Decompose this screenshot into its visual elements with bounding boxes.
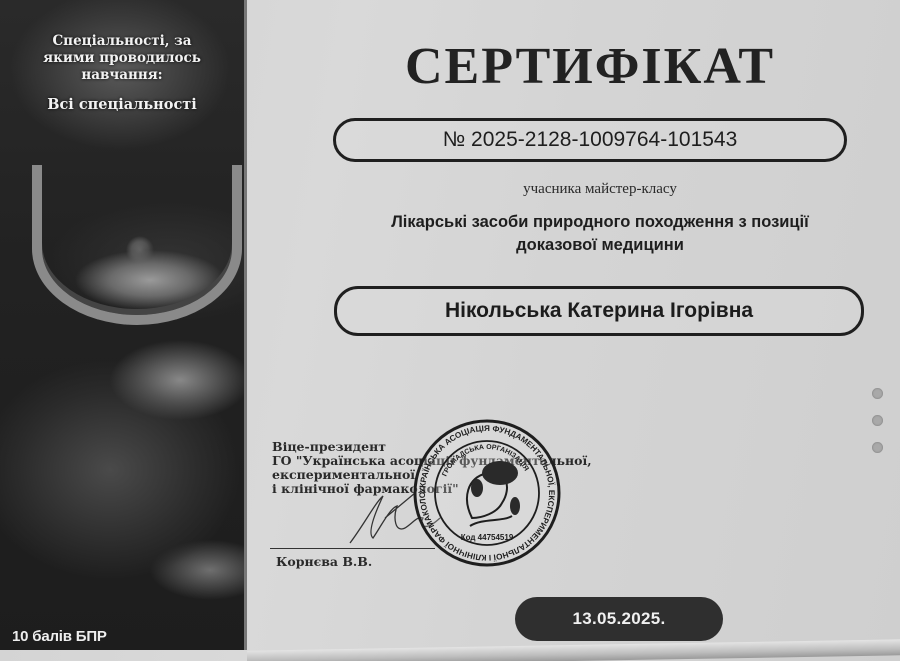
issue-date-box: 13.05.2025. xyxy=(515,597,723,641)
certificate-number: № 2025-2128-1009764-101543 xyxy=(443,128,738,152)
specialties-heading-line3: навчання: xyxy=(22,67,222,84)
specialties-block: Спеціальності, за якими проводилось навч… xyxy=(22,33,222,113)
course-title: Лікарські засоби природного походження з… xyxy=(330,211,870,257)
stamp-code: Код 44754519 xyxy=(461,533,514,542)
binder-hole xyxy=(872,442,883,453)
certificate-number-box: № 2025-2128-1009764-101543 xyxy=(333,118,847,162)
herbal-photo-panel: Спеціальності, за якими проводилось навч… xyxy=(0,0,247,650)
participant-label: учасника майстер-класу xyxy=(330,181,870,198)
specialties-value: Всі спеціальності xyxy=(22,96,222,113)
course-title-line2: доказової медицини xyxy=(330,234,870,257)
binder-holes xyxy=(872,388,883,469)
course-title-line1: Лікарські засоби природного походження з… xyxy=(330,211,870,234)
official-stamp-icon: УКРАЇНСЬКА АСОЦІАЦІЯ ФУНДАМЕНТАЛЬНОЇ, ЕК… xyxy=(412,418,562,568)
signatory-name: Корнєва В.В. xyxy=(276,554,372,569)
signature-line xyxy=(270,548,435,549)
recipient-name: Нікольська Катерина Ігорівна xyxy=(445,299,753,323)
specialties-heading-line2: якими проводилось xyxy=(22,50,222,67)
specialties-heading-line1: Спеціальності, за xyxy=(22,33,222,50)
binder-hole xyxy=(872,415,883,426)
recipient-name-box: Нікольська Катерина Ігорівна xyxy=(334,286,864,336)
herb-bowl-image xyxy=(32,165,242,325)
paper-bottom-edge xyxy=(247,639,900,661)
credits-label: 10 балів БПР xyxy=(12,628,107,645)
certificate-title: СЕРТИФІКАТ xyxy=(385,37,795,96)
issue-date: 13.05.2025. xyxy=(572,609,665,629)
binder-hole xyxy=(872,388,883,399)
certificate-page: Спеціальності, за якими проводилось навч… xyxy=(0,0,900,661)
